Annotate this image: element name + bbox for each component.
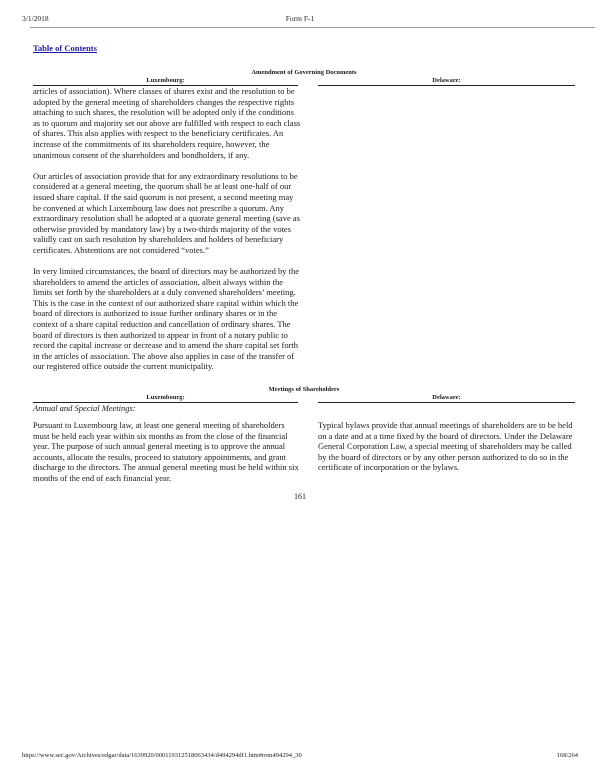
print-footer-url: https://www.sec.gov/Archives/edgar/data/… bbox=[22, 752, 302, 759]
paragraph: Typical bylaws provide that annual meeti… bbox=[318, 420, 575, 473]
section-title: Amendment of Governing Documents bbox=[33, 69, 575, 76]
paragraph: Our articles of association provide that… bbox=[33, 171, 301, 256]
paragraph: articles of association). Where classes … bbox=[33, 86, 301, 160]
print-footer-page-count: 168/264 bbox=[557, 752, 578, 759]
table-of-contents-link[interactable]: Table of Contents bbox=[33, 43, 97, 53]
column-header-delaware: Delaware: bbox=[318, 77, 575, 86]
column-header-delaware: Delaware: bbox=[318, 394, 575, 403]
column-headers: Luxembourg: Delaware: bbox=[33, 77, 575, 86]
comparison-columns: articles of association). Where classes … bbox=[33, 86, 575, 383]
print-header-title: Form F-1 bbox=[0, 14, 600, 23]
subheading-annual-special-meetings: Annual and Special Meetings: bbox=[33, 403, 575, 414]
delaware-column: Typical bylaws provide that annual meeti… bbox=[318, 420, 575, 494]
luxembourg-column: articles of association). Where classes … bbox=[33, 86, 301, 383]
column-header-luxembourg: Luxembourg: bbox=[33, 77, 298, 86]
paragraph: Pursuant to Luxembourg law, at least one… bbox=[33, 420, 301, 484]
delaware-column bbox=[318, 86, 575, 383]
section-meetings-of-shareholders: Meetings of Shareholders Luxembourg: Del… bbox=[33, 386, 575, 494]
paragraph: In very limited circumstances, the board… bbox=[33, 266, 301, 372]
comparison-columns: Pursuant to Luxembourg law, at least one… bbox=[33, 420, 575, 494]
luxembourg-column: Pursuant to Luxembourg law, at least one… bbox=[33, 420, 301, 494]
section-amendment-of-governing-documents: Amendment of Governing Documents Luxembo… bbox=[33, 69, 575, 383]
column-headers: Luxembourg: Delaware: bbox=[33, 394, 575, 403]
header-divider bbox=[30, 27, 595, 28]
page-number: 161 bbox=[0, 492, 600, 501]
section-title: Meetings of Shareholders bbox=[33, 386, 575, 393]
column-header-luxembourg: Luxembourg: bbox=[33, 394, 298, 403]
